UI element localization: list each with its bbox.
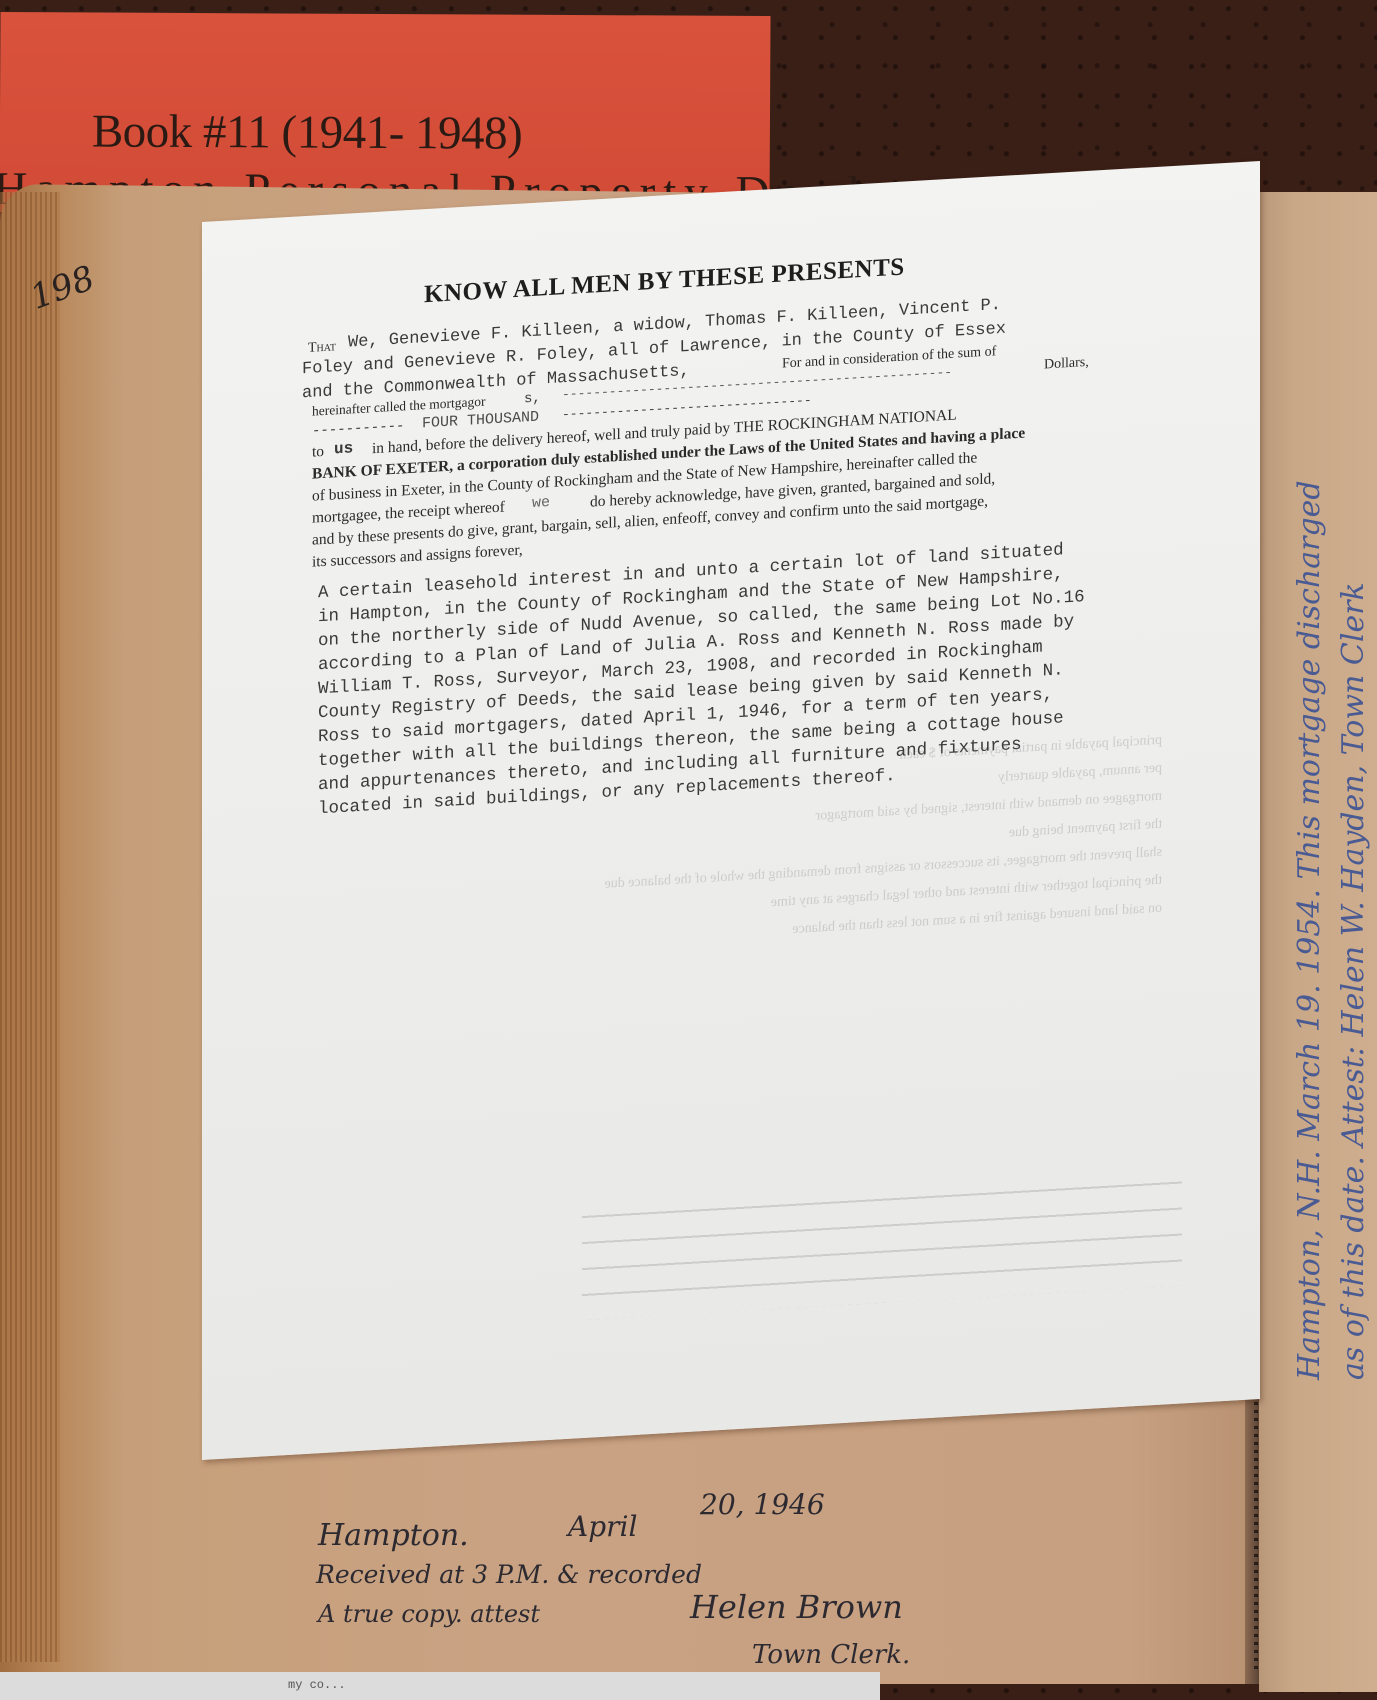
page-edges (0, 192, 60, 1662)
discharge-line-2: as of this date. Attest: Helen W. Hayden… (1336, 582, 1371, 1380)
recording-place: Hampton. (318, 1518, 469, 1553)
recording-received: Received at 3 P.M. & recorded (316, 1560, 702, 1589)
recording-month: April (568, 1510, 637, 1543)
recording-signature: Helen Brown (690, 1588, 903, 1626)
that-label: That (308, 339, 336, 357)
to-label: to (312, 443, 324, 462)
underlying-sheet (0, 1672, 880, 1700)
dollars-label: Dollars, (1044, 355, 1089, 374)
to-value: us (334, 439, 353, 458)
deed-heading: KNOW ALL MEN BY THESE PRESENTS (424, 253, 905, 309)
underlying-sheet-text: my co... (288, 1678, 346, 1692)
recording-attest: A true copy. attest (318, 1600, 540, 1628)
mortgage-deed: KNOW ALL MEN BY THESE PRESENTS That We, … (202, 161, 1260, 1460)
discharge-line-1: Hampton, N.H. March 19. 1954. This mortg… (1292, 480, 1327, 1380)
recording-title: Town Clerk. (752, 1640, 910, 1670)
book-title: Book #11 (1941- 1948) (92, 104, 523, 160)
receipt-value: we (532, 494, 550, 512)
faded-typing-specks (582, 1165, 1182, 1320)
amount-prefix: ----------- (312, 418, 404, 439)
mortgagor-suffix: s, (524, 390, 541, 407)
recording-date: 20, 1946 (700, 1488, 825, 1521)
